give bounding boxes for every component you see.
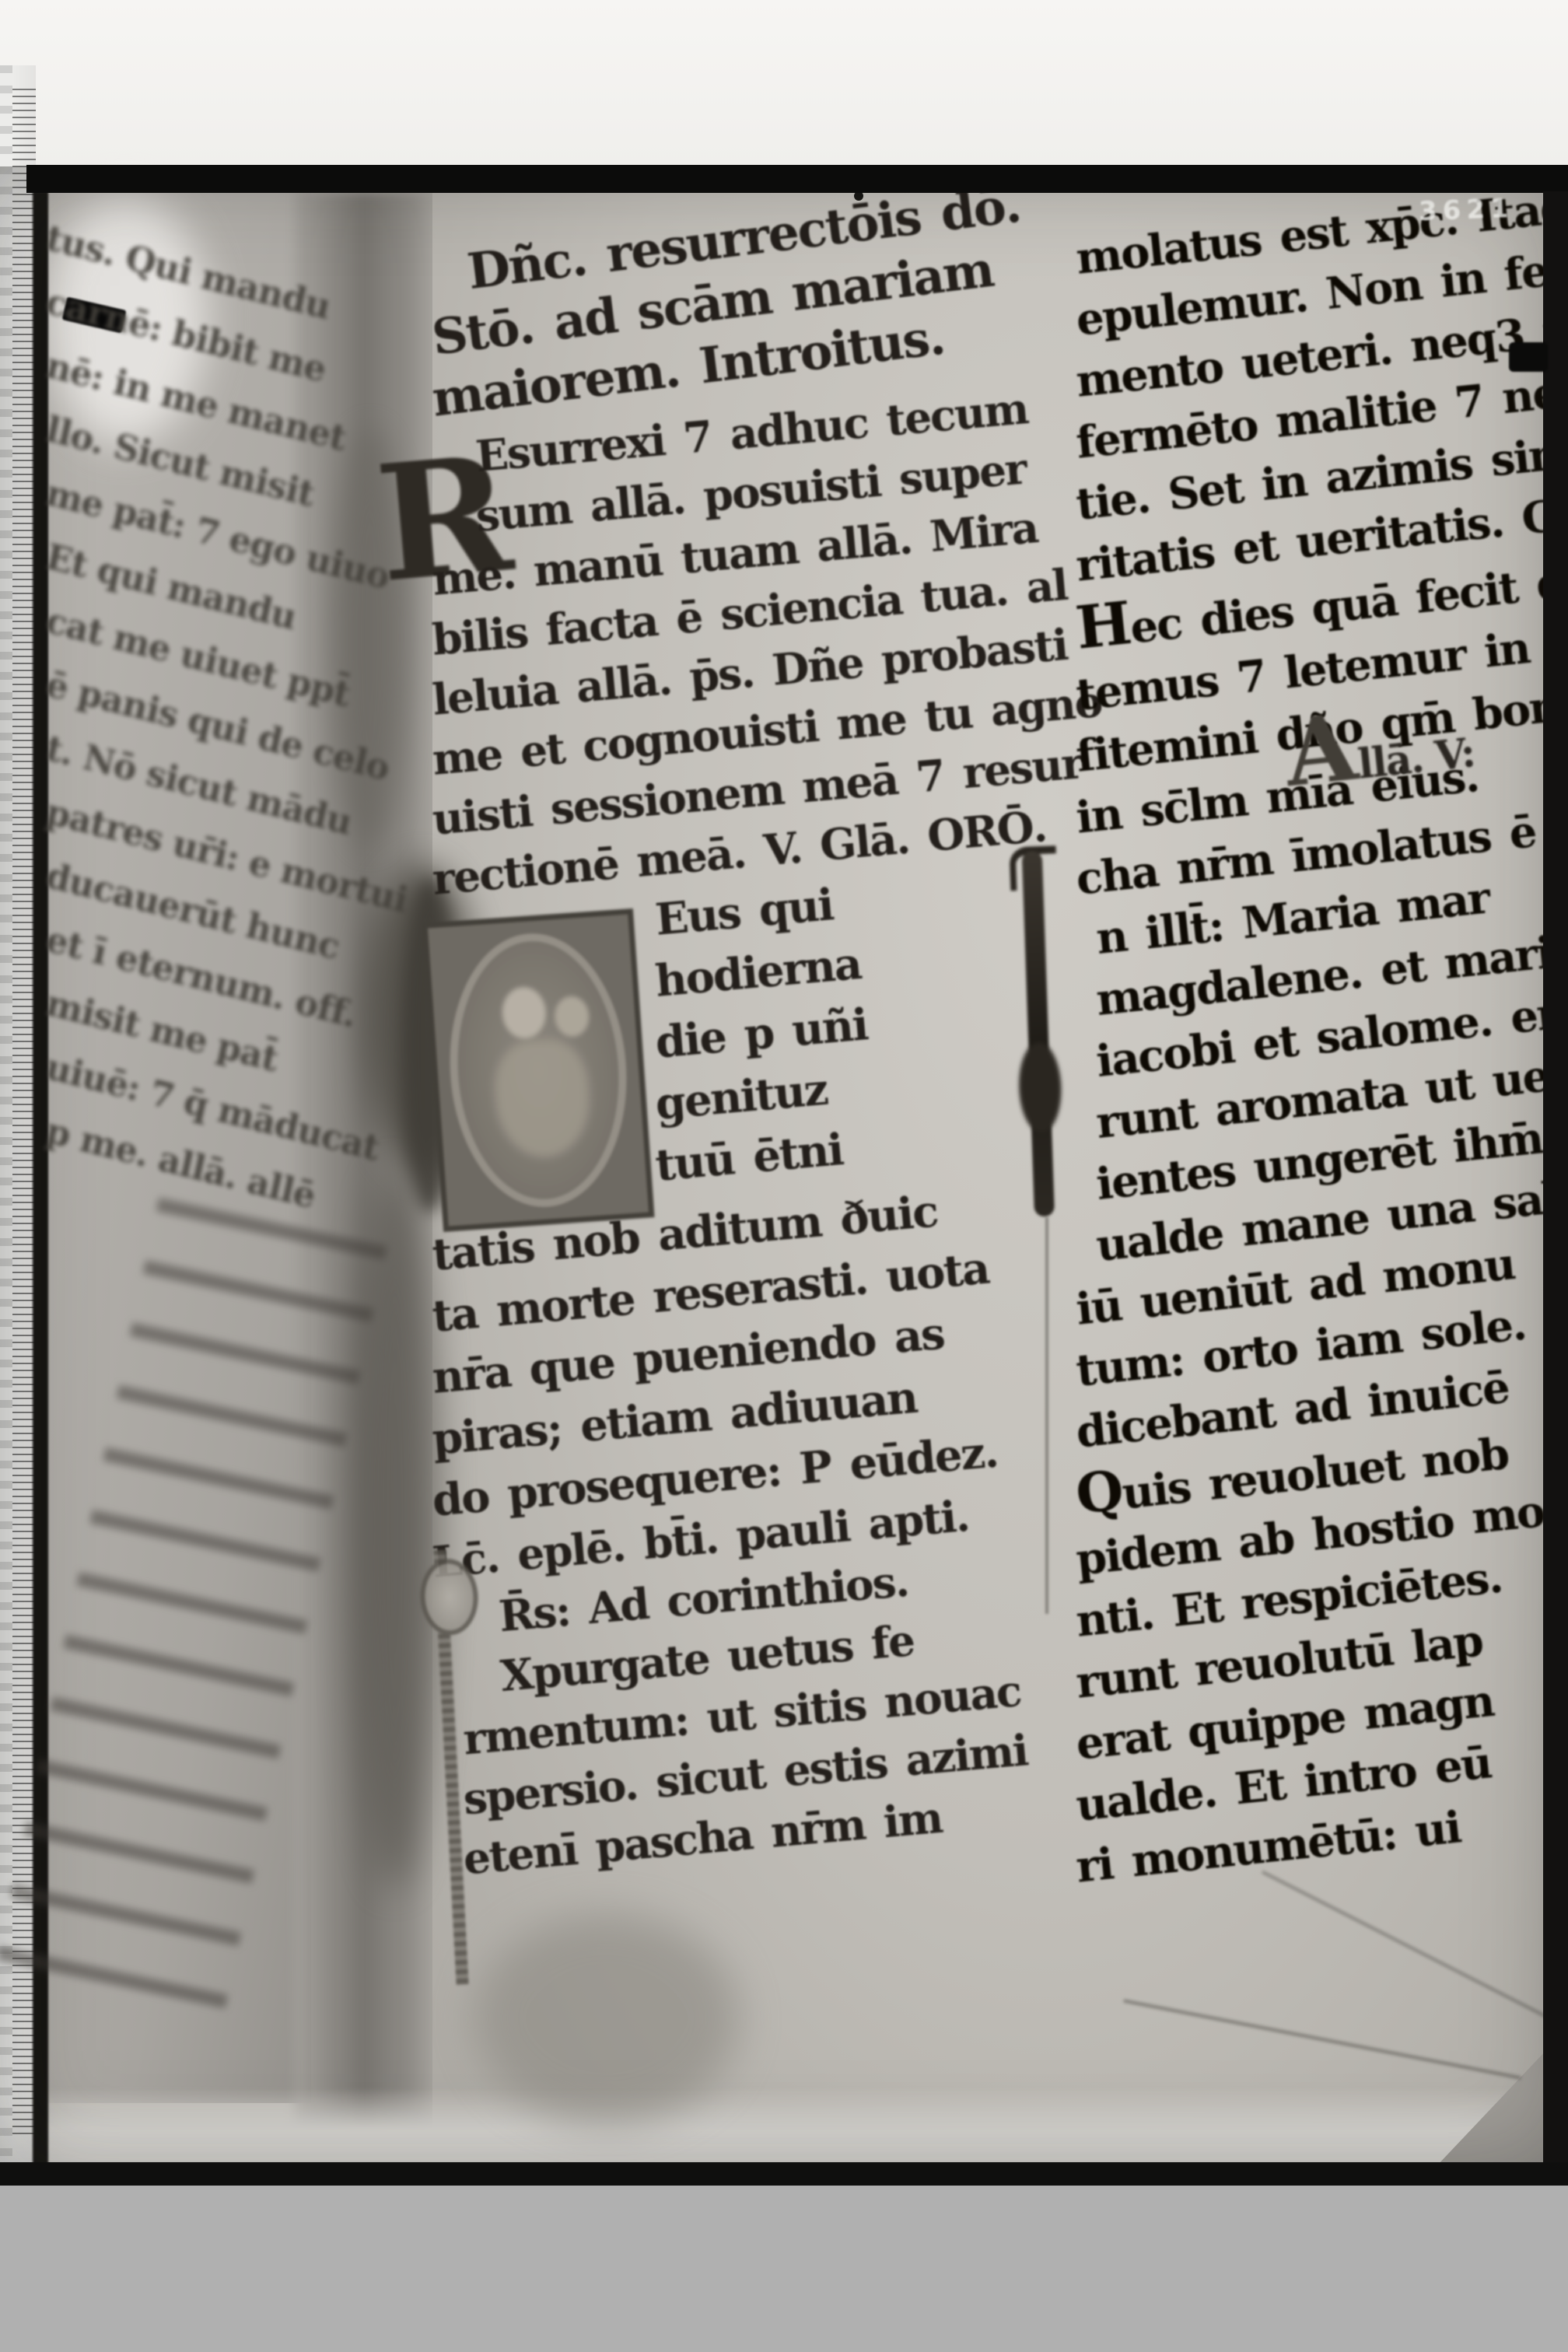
initial-i-stem: [1022, 851, 1055, 1217]
oratio-section: Eus quihodiernadie p uñigenituztuū ētni …: [432, 909, 1070, 1532]
photo-bottom-border: [0, 2162, 1568, 2186]
facing-page-text: tus. Qui manducarnē: bibit menē: in me m…: [47, 205, 358, 1162]
photo-negative-number: 3621: [1418, 193, 1514, 227]
oratio-text-beside-initial: Eus quihodiernadie p uñigenituztuū ētni: [432, 909, 1070, 1216]
page-bottom-edge: [31, 2088, 1543, 2164]
ornament-medallion: [418, 1557, 480, 1636]
gospel-text-beside-initial: n illt̄: Maria marmagdalene. et mariiaco…: [1076, 911, 1568, 1279]
photo-edge-notch: [1509, 342, 1548, 372]
alleluia-initial: Allā. V:: [1280, 689, 1476, 800]
stain: [474, 1913, 739, 2123]
right-text-column: molatus est xp̄c. Itaq̄epulemur. Non in …: [1076, 229, 1568, 1899]
mount-top-white-area: [0, 0, 1568, 166]
gospel-text: iū ueniūt ad monutum: orto iam sole.dice…: [1076, 1279, 1568, 1899]
introit-text: Esurrexi 7 adhuc tecumsum allā. posuisti…: [432, 430, 1070, 909]
left-text-column: Dñc. resurrectōis dō.Stō. ad scām mariam…: [432, 246, 1070, 1892]
photograph-of-manuscript: tus. Qui manducarnē: bibit menē: in me m…: [0, 0, 1568, 2352]
photo-right-border: [1543, 191, 1568, 2170]
epistle-text: Xpurgate uetus fermentum: ut sitis nouac…: [432, 1652, 1070, 1892]
initial-i-ornament: [1017, 1041, 1062, 1133]
photo-top-border: [26, 165, 1568, 193]
decorated-initial-a: A: [1279, 692, 1362, 807]
alleluia-abbreviation: llā. V:: [1356, 729, 1476, 788]
epistle-and-gradual-text: molatus est xp̄c. Itaq̄epulemur. Non in …: [1076, 229, 1568, 911]
